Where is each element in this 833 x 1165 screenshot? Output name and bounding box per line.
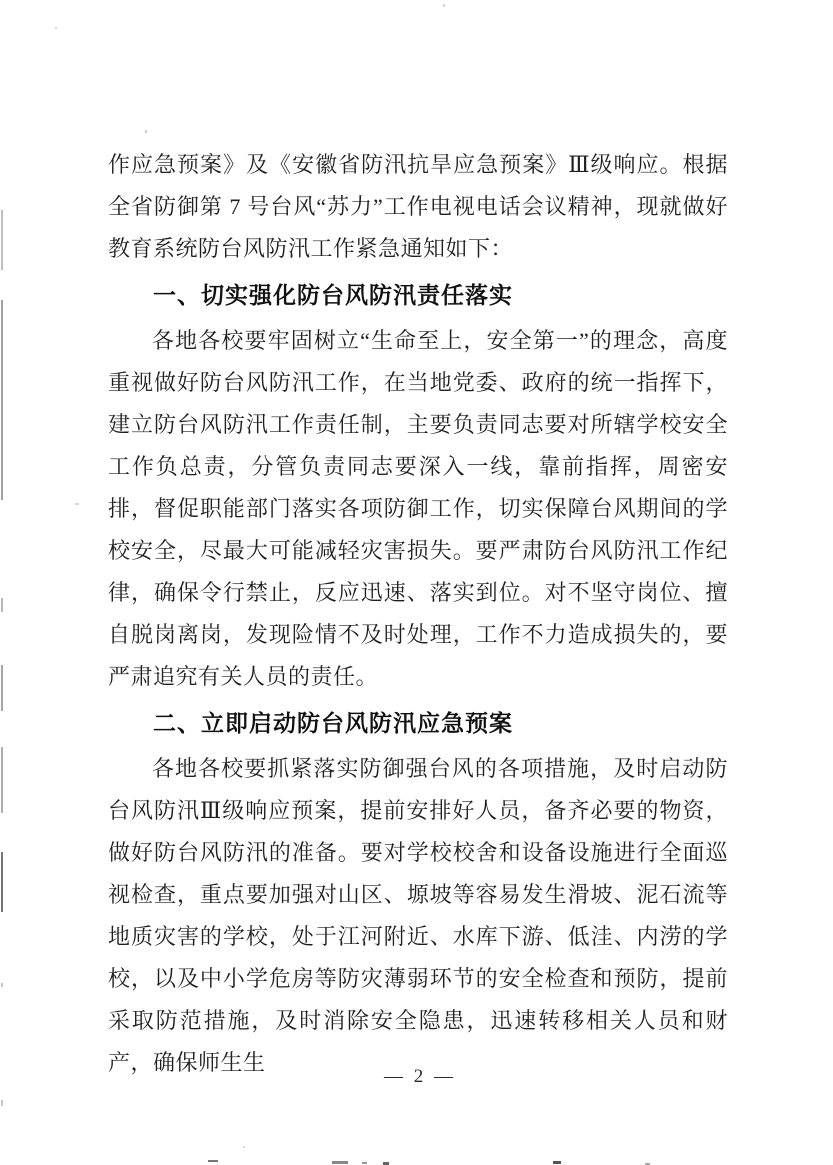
scan-speck xyxy=(553,1161,561,1164)
scan-speck xyxy=(443,4,445,7)
scan-speck xyxy=(362,1162,367,1164)
section-heading-1: 一、切实强化防台风防汛责任落实 xyxy=(108,275,728,317)
scan-speck xyxy=(75,503,79,505)
text-block: 作应急预案》及《安徽省防汛抗旱应急预案》Ⅲ级响应。根据全省防御第 7 号台风“苏… xyxy=(108,144,728,1084)
paragraph-continuation: 作应急预案》及《安徽省防汛抗旱应急预案》Ⅲ级响应。根据全省防御第 7 号台风“苏… xyxy=(108,144,728,270)
scan-speck xyxy=(332,1161,348,1164)
paragraph-body-2: 各地各校要抓紧落实防御强台风的各项措施，及时启动防台风防汛Ⅲ级响应预案，提前安排… xyxy=(108,748,728,1084)
scan-artifact-left-edge xyxy=(1,747,3,813)
scan-artifact-left-edge xyxy=(1,983,3,987)
scan-artifact-left-edge xyxy=(1,300,3,500)
section-heading-2: 二、立即启动防台风防汛应急预案 xyxy=(108,703,728,745)
scan-speck xyxy=(145,130,147,133)
scan-artifact-left-edge xyxy=(1,598,3,612)
scanned-document-page: 作应急预案》及《安徽省防汛抗旱应急预案》Ⅲ级响应。根据全省防御第 7 号台风“苏… xyxy=(0,0,833,1165)
scan-artifact-left-edge xyxy=(1,852,3,912)
scan-artifact-left-edge xyxy=(1,210,3,270)
scan-speck xyxy=(208,1160,218,1162)
paragraph-body-1: 各地各校要牢固树立“生命至上，安全第一”的理念，高度重视做好防台风防汛工作，在当… xyxy=(108,320,728,698)
page-number: — 2 — xyxy=(0,1066,833,1088)
scan-artifact-left-edge xyxy=(1,665,3,711)
scan-speck xyxy=(243,1146,245,1148)
scan-artifact-left-edge xyxy=(1,1100,3,1106)
scan-speck xyxy=(55,27,57,29)
